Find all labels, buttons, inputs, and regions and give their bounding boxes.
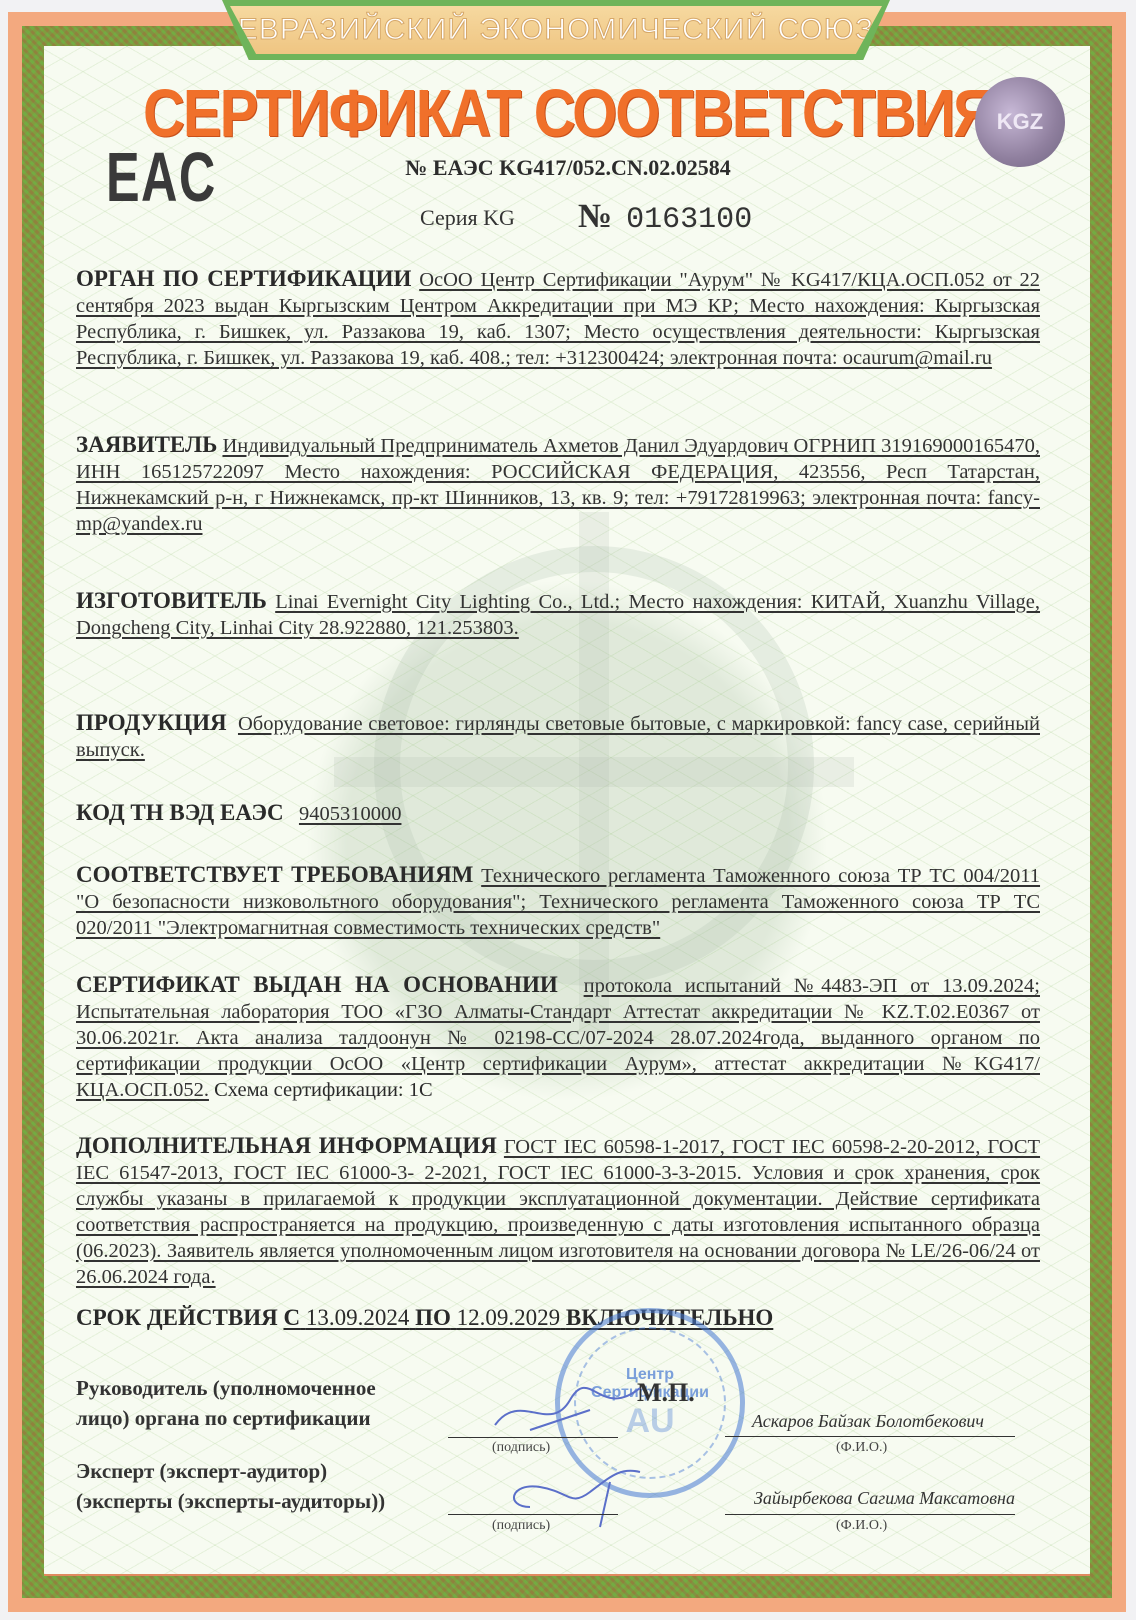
head-signature-caption: (подпись) [492,1440,550,1456]
head-name-caption: (Ф.И.О.) [836,1440,887,1456]
section-hs-code: КОД ТН ВЭД ЕАЭС 9405310000 [76,800,1040,827]
section-additional-info: ДОПОЛНИТЕЛЬНАЯ ИНФОРМАЦИЯ ГОСТ IEC 60598… [76,1133,1040,1290]
head-name-line [725,1436,1015,1437]
expert-signatory-label: Эксперт (эксперт-аудитор) (эксперты (экс… [76,1456,385,1516]
union-name: ЕВРАЗИЙСКИЙ ЭКОНОМИЧЕСКИЙ СОЮЗ [238,13,875,47]
header-banner: ЕВРАЗИЙСКИЙ ЭКОНОМИЧЕСКИЙ СОЮЗ [222,0,890,60]
head-name: Аскаров Байзак Болотбекович [752,1411,984,1432]
section-issued-basis: СЕРТИФИКАТ ВЫДАН НА ОСНОВАНИИ протокола … [76,972,1040,1103]
series-number: №0163100 [578,198,752,237]
section-certification-body: ОРГАН ПО СЕРТИФИКАЦИИ ОсОО Центр Сертифи… [76,266,1040,371]
expert-signature-caption: (подпись) [492,1518,550,1534]
section-applicant: ЗАЯВИТЕЛЬ Индивидуальный Предприниматель… [76,432,1040,537]
head-signature [490,1380,650,1440]
expert-name: Зайырбекова Сагима Максатовна [754,1488,1015,1509]
section-product: ПРОДУКЦИЯ Оборудование световое: гирлянд… [76,710,1040,763]
section-requirements: СООТВЕТСТВУЕТ ТРЕБОВАНИЯМ Технического р… [76,862,1040,941]
section-manufacturer: ИЗГОТОВИТЕЛЬ Linai Evernight City Lighti… [76,588,1040,641]
expert-signature-line [448,1514,618,1515]
expert-name-line [725,1514,1015,1515]
head-signature-line [448,1437,618,1438]
series-label: Серия KG [420,205,515,231]
kgz-hologram-icon: KGZ [975,77,1065,167]
expert-name-caption: (Ф.И.О.) [836,1518,887,1534]
certificate-number: № ЕАЭС KG417/052.CN.02.02584 [0,155,1136,181]
head-signatory-label: Руководитель (уполномоченное лицо) орган… [76,1373,376,1433]
